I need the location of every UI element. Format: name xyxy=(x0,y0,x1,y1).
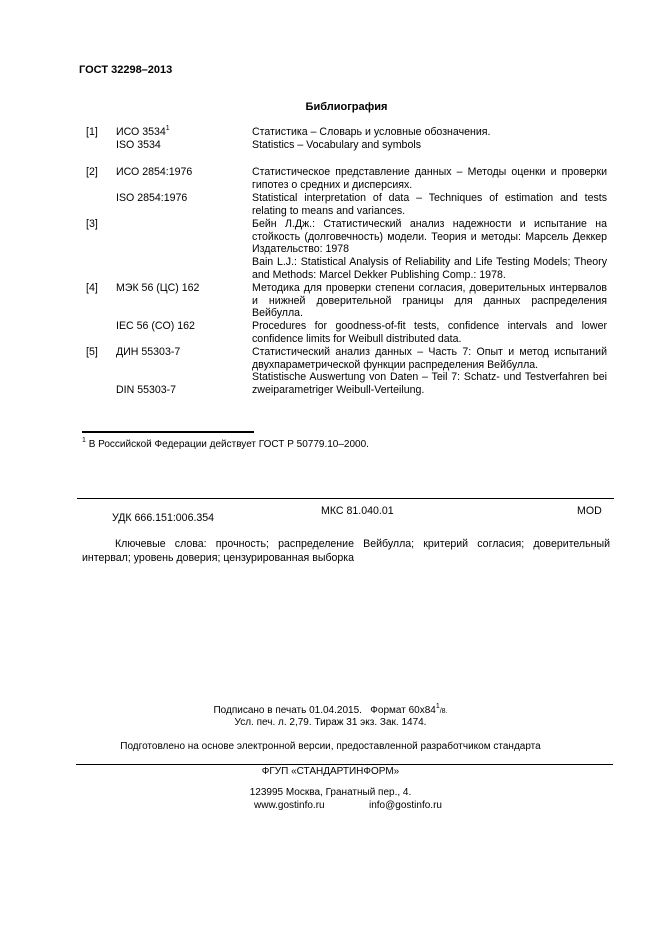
section-title: Библиография xyxy=(0,101,661,114)
ref-code: ИСО 35341 xyxy=(116,126,170,139)
ref-title: Statistical interpretation of data – Tec… xyxy=(252,192,607,217)
ref-number: [2] xyxy=(86,166,98,179)
paper-format: Формат 60x84 xyxy=(370,705,436,716)
footnote-separator xyxy=(82,431,254,433)
signed-date: Подписано в печать 01.04.2015. xyxy=(213,705,361,716)
ref-code: МЭК 56 (ЦС) 162 xyxy=(116,282,199,295)
ref-title: Методика для проверки степени согласия, … xyxy=(252,282,607,320)
ref-code: ИСО 2854:1976 xyxy=(116,166,192,179)
document-id: ГОСТ 32298–2013 xyxy=(79,64,172,77)
ref-code: IEC 56 (CO) 162 xyxy=(116,320,195,333)
mks-code: МКС 81.040.01 xyxy=(321,505,394,518)
ref-number: [4] xyxy=(86,282,98,295)
format-sub: /8. xyxy=(440,708,448,715)
ref-title: Статистический анализ данных – Часть 7: … xyxy=(252,346,607,371)
ref-number: [1] xyxy=(86,126,98,139)
footnote: 1 В Российской Федерации действует ГОСТ … xyxy=(82,439,369,452)
ref-code: ISO 2854:1976 xyxy=(116,192,187,205)
footnote-marker[interactable]: 1 xyxy=(166,125,170,132)
footnote-marker: 1 xyxy=(82,437,86,444)
mod-label: MOD xyxy=(577,505,602,518)
ref-number: [3] xyxy=(86,218,98,231)
ref-number: [5] xyxy=(86,346,98,359)
publisher-address: 123995 Москва, Гранатный пер., 4. xyxy=(0,787,661,800)
ref-title: Statistics – Vocabulary and symbols xyxy=(252,139,607,152)
ref-title: Statistische Auswertung von Daten – Teil… xyxy=(252,371,607,396)
ref-title: Статистика – Словарь и условные обозначе… xyxy=(252,126,607,139)
website-link[interactable]: www.gostinfo.ru xyxy=(254,800,325,813)
udk-code: УДК 666.151:006.354 xyxy=(112,512,214,525)
keywords: Ключевые слова: прочность; распределение… xyxy=(82,537,610,565)
publisher-name: ФГУП «СТАНДАРТИНФОРМ» xyxy=(0,766,661,779)
ref-title: Procedures for goodness-of-fit tests, co… xyxy=(252,320,607,345)
ref-title: Статистическое представление данных – Ме… xyxy=(252,166,607,191)
ref-code: ISO 3534 xyxy=(116,139,161,152)
ref-title: Bain L.J.: Statistical Analysis of Relia… xyxy=(252,256,607,281)
ref-title: Бейн Л.Дж.: Статистический анализ надежн… xyxy=(252,218,607,256)
prepared-note: Подготовлено на основе электронной верси… xyxy=(0,741,661,754)
ref-code: ДИН 55303-7 xyxy=(116,346,180,359)
ref-code: DIN 55303-7 xyxy=(116,384,176,397)
email-link[interactable]: info@gostinfo.ru xyxy=(369,800,442,813)
imprint-print-line: Усл. печ. л. 2,79. Тираж 31 экз. Зак. 14… xyxy=(0,717,661,730)
footnote-text: В Российской Федерации действует ГОСТ Р … xyxy=(89,439,369,450)
divider xyxy=(77,498,614,499)
divider xyxy=(76,764,613,765)
